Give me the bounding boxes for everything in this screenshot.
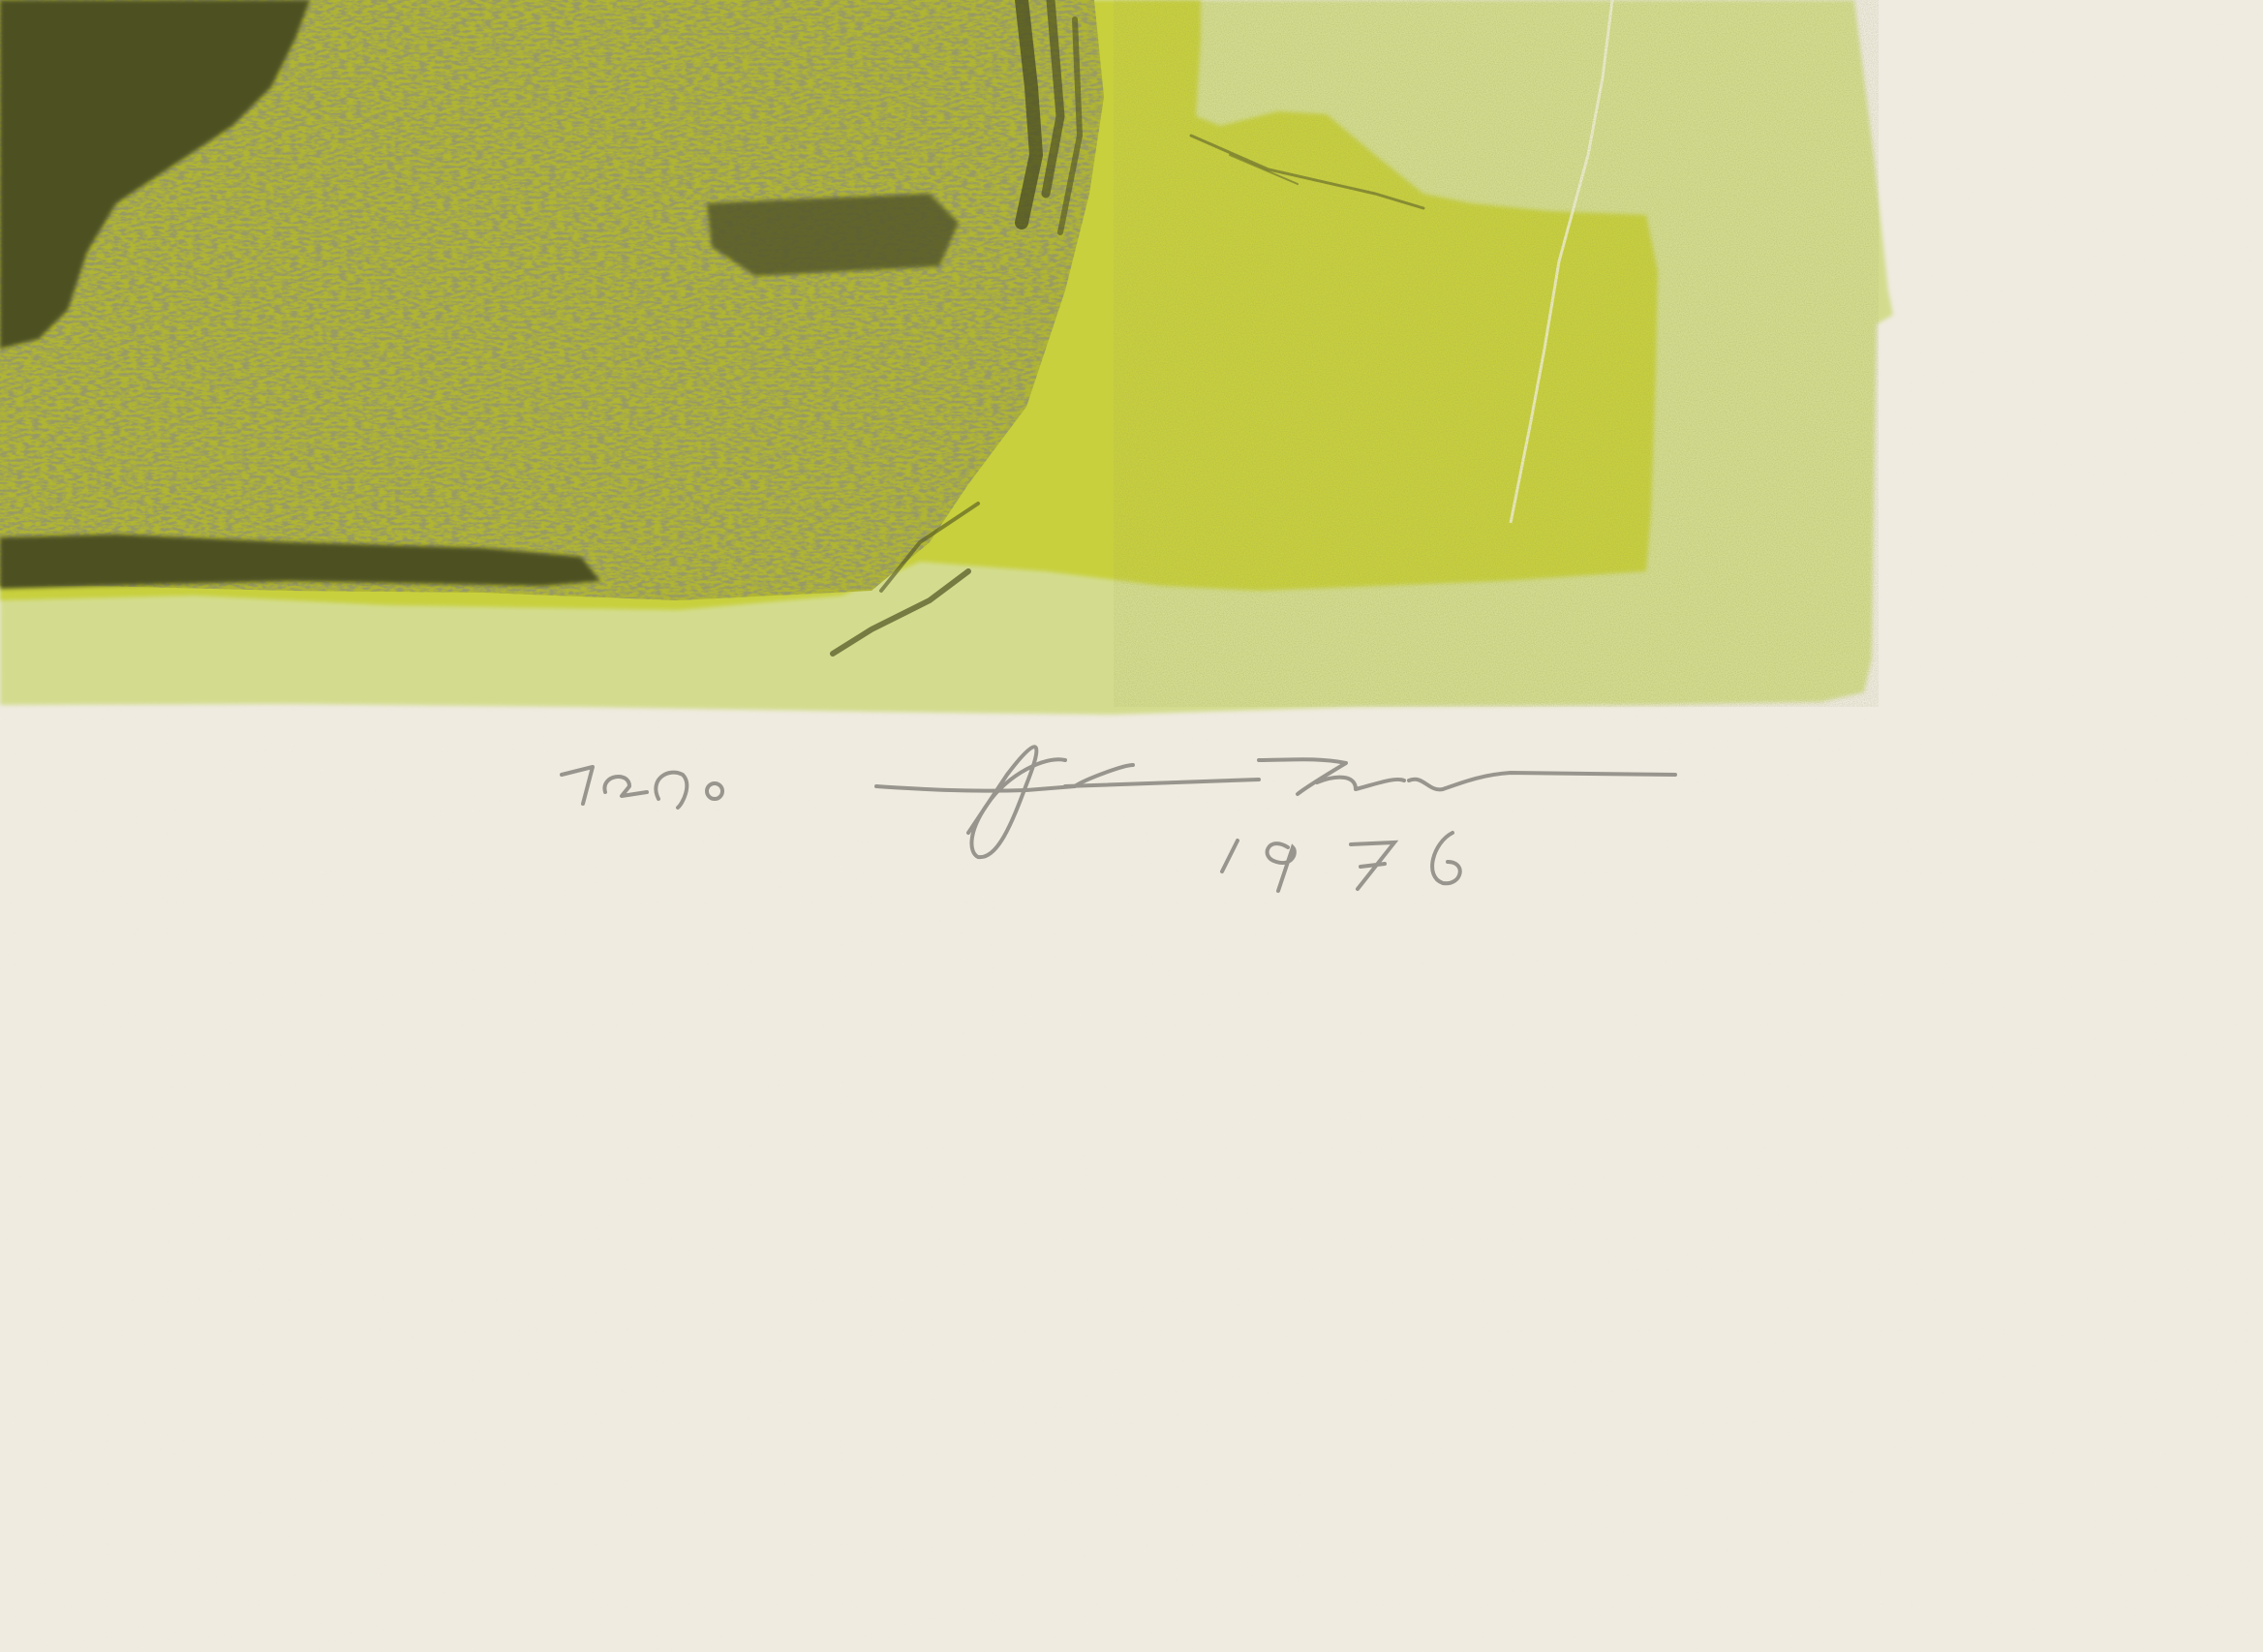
print-canvas <box>0 0 2263 1652</box>
speckle-texture <box>1114 0 1879 707</box>
lithograph-print: 1976 illegible pencil signature <box>0 0 2263 1652</box>
dark-olive-patch <box>707 194 959 276</box>
